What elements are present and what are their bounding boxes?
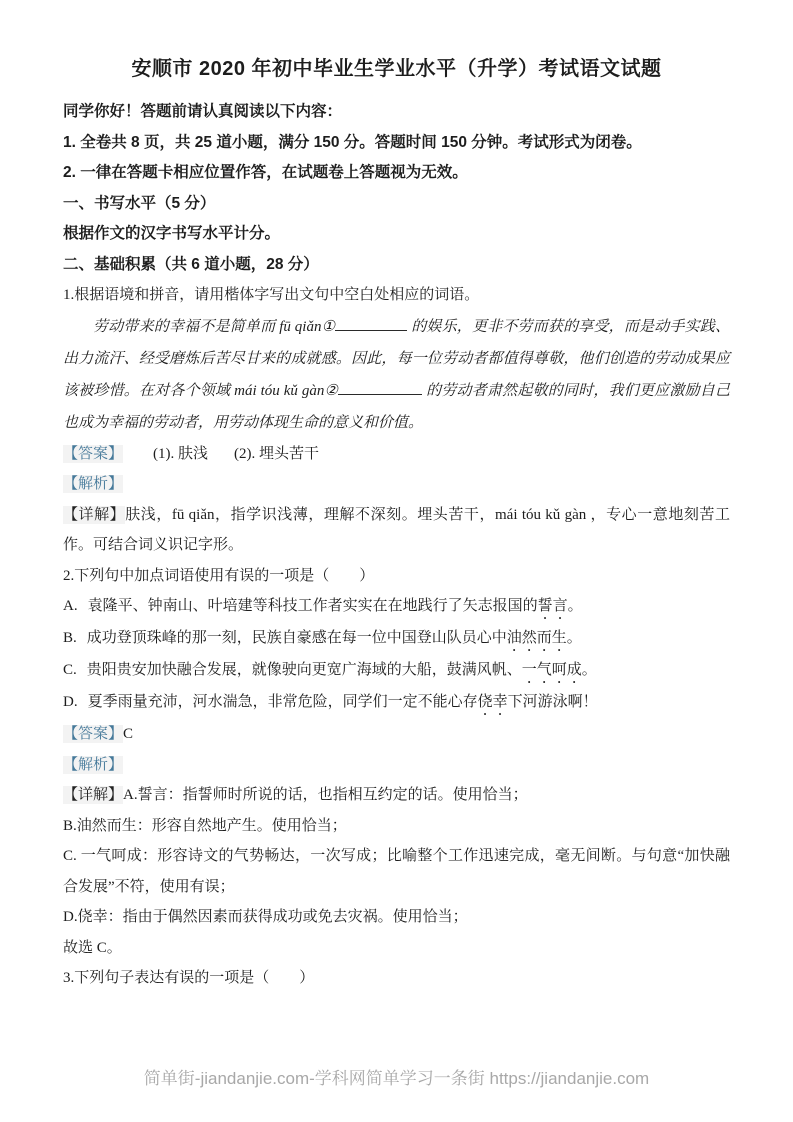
answer-marker: 【答案】 <box>63 725 123 743</box>
q2-option-c: C.贵阳贵安加快融合发展，就像驶向更宽广海域的大船，鼓满风帆、一气呵成。 <box>63 655 730 687</box>
option-c-tail: 。 <box>582 662 597 678</box>
analysis-marker: 【解析】 <box>63 475 123 493</box>
option-d-tail: 下河游泳啊！ <box>508 694 598 710</box>
q2-answer-line: 【答案】C <box>63 719 730 750</box>
option-c-text: 贵阳贵安加快融合发展，就像驶向更宽广海域的大船，鼓满风帆、 <box>87 662 522 678</box>
q1-answer-item-2: (2). 埋头苦干 <box>234 446 319 462</box>
q1-passage: 劳动带来的幸福不是简单而 fū qiǎn① 的娱乐，更非不劳而获的享受，而是动手… <box>63 311 730 439</box>
q1-detail-line: 【详解】肤浅，fū qiǎn，指学识浅薄，理解不深刻。埋头苦干，mái tóu … <box>63 500 730 561</box>
option-a-label: A. <box>63 598 78 614</box>
notice-2: 2. 一律在答题卡相应位置作答，在试题卷上答题视为无效。 <box>63 158 730 189</box>
q3-stem: 3.下列句子表达有误的一项是（ ） <box>63 963 730 994</box>
q2-detail-b: B.油然而生：形容自然地产生。使用恰当； <box>63 811 730 842</box>
option-d-label: D. <box>63 694 78 710</box>
q2-option-d: D.夏季雨量充沛，河水湍急，非常危险，同学们一定不能心存侥幸下河游泳啊！ <box>63 687 730 719</box>
option-a-text: 袁隆平、钟南山、叶培建等科技工作者实实在在地践行了矢志报国的 <box>88 598 538 614</box>
option-c-label: C. <box>63 662 77 678</box>
option-d-emphasized-word: 侥幸 <box>478 694 508 710</box>
q2-detail-d: D.侥幸：指由于偶然因素而获得成功或免去灾祸。使用恰当； <box>63 902 730 933</box>
detail-marker: 【详解】 <box>63 786 123 804</box>
section-2-heading: 二、基础积累（共 6 道小题，28 分） <box>63 250 730 281</box>
answer-marker: 【答案】 <box>63 445 123 463</box>
option-d-text: 夏季雨量充沛，河水湍急，非常危险，同学们一定不能心存 <box>88 694 478 710</box>
option-b-emphasized-word: 油然而生 <box>507 630 567 646</box>
analysis-marker: 【解析】 <box>63 756 123 774</box>
q2-stem: 2.下列句中加点词语使用有误的一项是（ ） <box>63 561 730 592</box>
option-c-emphasized-word: 一气呵成 <box>522 662 582 678</box>
q2-conclusion: 故选 C。 <box>63 933 730 964</box>
option-a-emphasized-word: 誓言 <box>538 598 568 614</box>
greeting-line: 同学你好！答题前请认真阅读以下内容： <box>63 97 730 128</box>
q2-option-a: A.袁隆平、钟南山、叶培建等科技工作者实实在在地践行了矢志报国的誓言。 <box>63 591 730 623</box>
notice-1: 1. 全卷共 8 页，共 25 道小题，满分 150 分。答题时间 150 分钟… <box>63 128 730 159</box>
q2-detail-c: C. 一气呵成：形容诗文的气势畅达，一次写成；比喻整个工作迅速完成，毫无间断。与… <box>63 841 730 902</box>
q2-answer-value: C <box>123 726 133 742</box>
section-1-body: 根据作文的汉字书写水平计分。 <box>63 219 730 250</box>
q1-stem: 1.根据语境和拼音，请用楷体字写出文句中空白处相应的词语。 <box>63 280 730 311</box>
q2-option-b: B.成功登顶珠峰的那一刻，民族自豪感在每一位中国登山队员心中油然而生。 <box>63 623 730 655</box>
q2-detail-a-text: A.誓言：指誓师时所说的话，也指相互约定的话。使用恰当； <box>123 787 528 803</box>
q1-passage-seg1: 劳动带来的幸福不是简单而 fū qiǎn① <box>93 319 335 335</box>
option-b-text: 成功登顶珠峰的那一刻，民族自豪感在每一位中国登山队员心中 <box>87 630 507 646</box>
q1-answer-line: 【答案】(1). 肤浅(2). 埋头苦干 <box>63 439 730 470</box>
q1-detail-text: 肤浅，fū qiǎn，指学识浅薄，理解不深刻。埋头苦干，mái tóu kǔ g… <box>63 507 730 554</box>
option-a-tail: 。 <box>568 598 583 614</box>
option-b-label: B. <box>63 630 77 646</box>
q2-analysis-line: 【解析】 <box>63 750 730 781</box>
q1-answer-item-1: (1). 肤浅 <box>153 446 208 462</box>
fill-blank-2 <box>338 379 422 395</box>
section-1-heading: 一、书写水平（5 分） <box>63 189 730 220</box>
q2-detail-a: 【详解】A.誓言：指誓师时所说的话，也指相互约定的话。使用恰当； <box>63 780 730 811</box>
page-title: 安顺市 2020 年初中毕业生学业水平（升学）考试语文试题 <box>63 52 730 81</box>
option-b-tail: 。 <box>567 630 582 646</box>
footer-watermark: 简单街-jiandanjie.com-学科网简单学习一条街 https://ji… <box>0 1064 793 1089</box>
exam-document: 安顺市 2020 年初中毕业生学业水平（升学）考试语文试题 同学你好！答题前请认… <box>0 0 793 994</box>
detail-marker: 【详解】 <box>63 506 125 524</box>
fill-blank-1 <box>335 315 407 331</box>
q1-analysis-line: 【解析】 <box>63 469 730 500</box>
